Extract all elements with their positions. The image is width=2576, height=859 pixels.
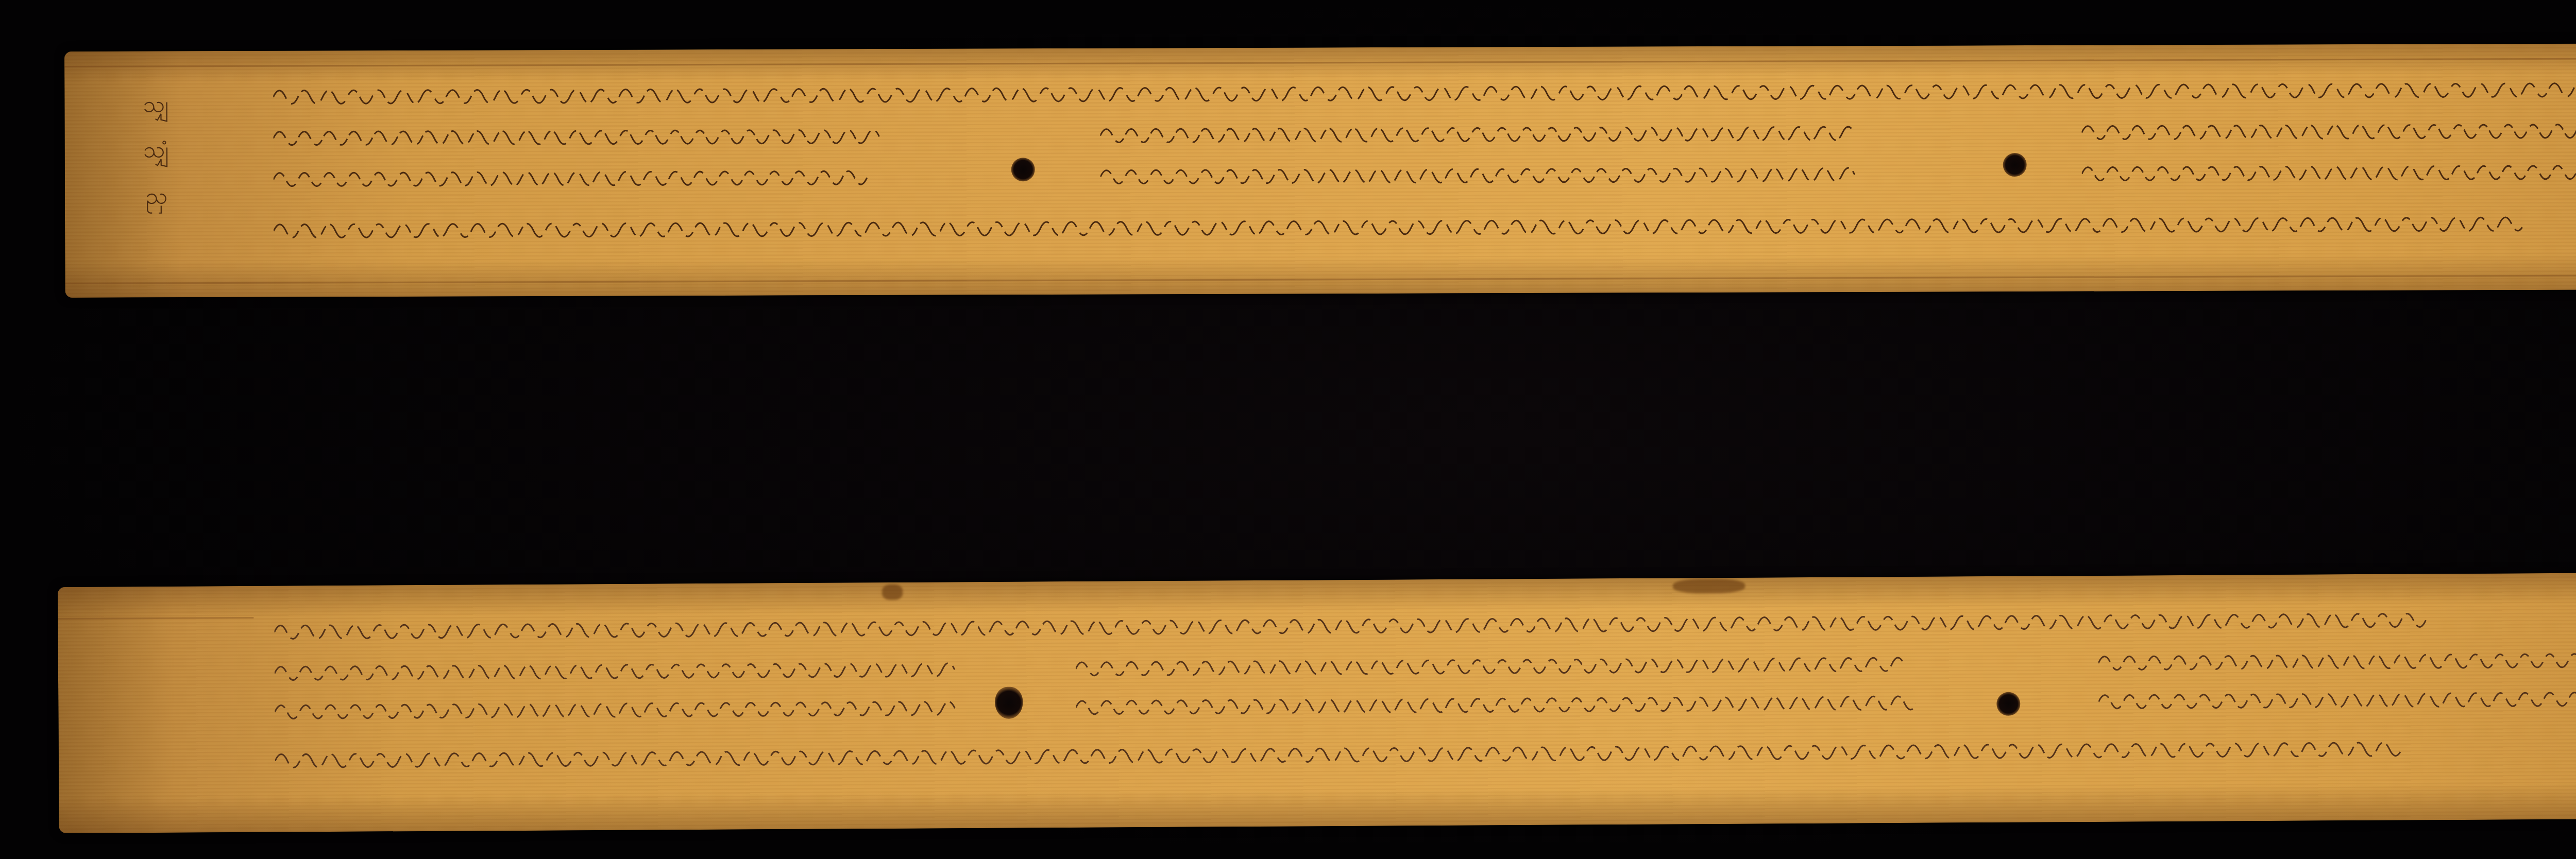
script-strokes <box>2082 146 2576 190</box>
manuscript-line-3-right <box>2082 146 2576 190</box>
manuscript-line-2-right <box>2098 634 2576 679</box>
script-strokes <box>275 682 960 727</box>
palm-leaf-top: သျှ သျှံ ညှ ဗုဒ်ဓိမြို့တော်ကြီးတွင်မင်းက… <box>64 42 2576 298</box>
manuscript-line-2-middle <box>1100 108 1919 151</box>
manuscript-line-2: ယခုဗြာဟ္မဏအပေါင်းတို့သည်မြို့ပြသို့လာကြ၍… <box>273 111 881 154</box>
edge-damage-stain <box>882 585 903 600</box>
script-strokes <box>1100 108 1919 151</box>
string-hole <box>1996 692 2020 716</box>
string-hole <box>2003 153 2027 177</box>
folio-number-glyph: သျှ <box>143 90 170 123</box>
script-strokes <box>275 644 960 689</box>
manuscript-line-3-middle <box>1100 149 1920 193</box>
script-strokes <box>2081 105 2576 148</box>
edge-damage-stain <box>1673 579 1745 594</box>
script-strokes <box>274 197 2576 247</box>
folio-number-glyph: သျှံ <box>143 135 170 168</box>
script-strokes <box>273 63 2576 113</box>
manuscript-line-2-right <box>2081 105 2576 148</box>
folio-number-glyph: ညှ <box>146 182 168 215</box>
manuscript-line-3-middle <box>1076 677 1916 723</box>
script-strokes <box>273 111 881 154</box>
manuscript-line-4: မိမိတို့ရွာမှထွက်ခွာ၍ရောက်ရှိလာသောသူတို့… <box>274 197 2576 247</box>
script-strokes <box>1100 149 1920 193</box>
manuscript-line-1: ဗုဒ်ဓိမြို့တော်ကြီးတွင်မင်းကြီးသည်ညီတော်… <box>273 63 2576 113</box>
script-strokes <box>2098 673 2576 717</box>
string-hole <box>1011 158 1035 181</box>
manuscript-line-3: ဆင်းရဲကြီးလှ၍ဂုဏ်ကျေးဇူးကြီးမားလှသော | သ… <box>275 682 960 727</box>
manuscript-line-2: ကံပျော်မှတ်ကြောင်းလွှတ်တော်ဝင်ကြ၍ယခု | လ… <box>275 644 960 689</box>
manuscript-line-3: ယုတ္တိအားဖြင့်အမိန့်ရှိတော်မူသည်မှာမြတ်စ… <box>274 152 882 195</box>
manuscript-line-3-right <box>2098 673 2576 717</box>
palm-leaf-bottom: ကိုယ်တော်ကြီးသည်ယခုအခါတွင်ဘုရားအလောင်းတေ… <box>58 571 2576 833</box>
script-strokes <box>274 152 882 195</box>
script-strokes <box>1076 677 1916 723</box>
script-strokes <box>2098 634 2576 679</box>
string-hole <box>995 687 1023 719</box>
